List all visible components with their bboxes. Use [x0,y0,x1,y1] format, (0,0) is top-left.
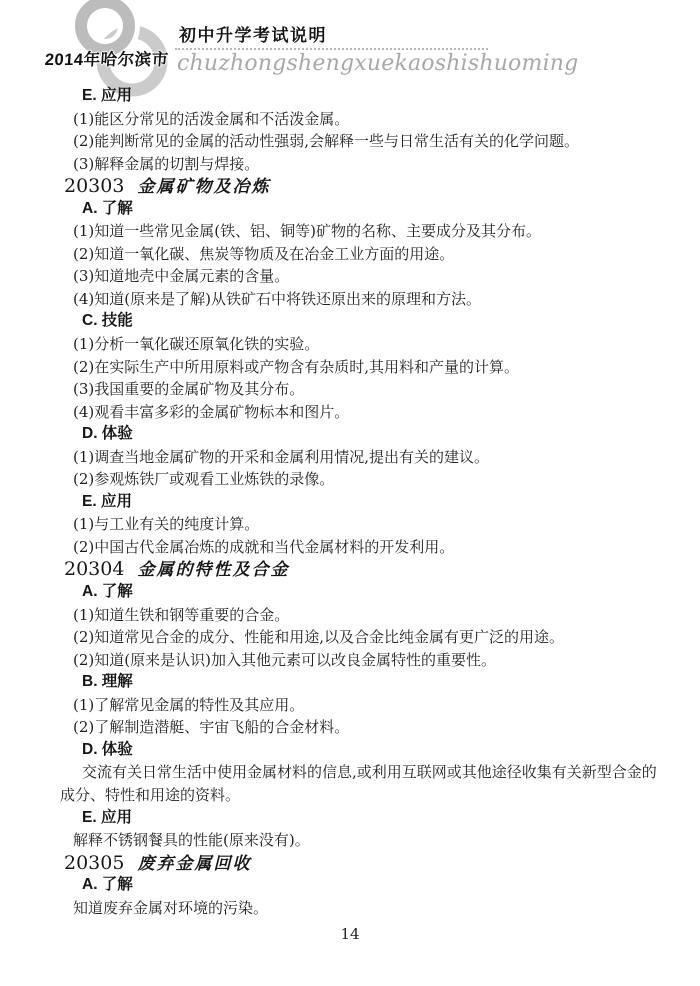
ability-level-heading: E. 应用 [60,491,664,514]
ability-level-heading: E. 应用 [60,807,664,830]
spec-item: (2)中国古代金属冶炼的成就和当代金属材料的开发利用。 [60,536,664,559]
ability-level-heading: C. 技能 [60,310,664,333]
document-page: 2014年哈尔滨市 初中升学考试说明 chuzhongshengxuekaosh… [0,0,700,986]
ability-level-heading: A. 了解 [60,198,664,221]
topic-number: 20304 [64,558,124,580]
spec-item: (1)了解常见金属的特性及其应用。 [60,694,664,717]
topic-title: 废弃金属回收 [137,854,251,874]
spec-item: (2)能判断常见的金属的活动性强弱,会解释一些与日常生活有关的化学问题。 [60,130,664,153]
ability-level-heading: A. 了解 [60,581,664,604]
edition-label: 2014年哈尔滨市 [44,46,186,70]
spec-item: (1)知道生铁和钢等重要的合金。 [60,604,664,627]
spec-item: (4)观看丰富多彩的金属矿物标本和图片。 [60,401,664,424]
spec-item: (2)知道常见合金的成分、性能和用途,以及合金比纯金属有更广泛的用途。 [60,626,664,649]
spec-item: (2)在实际生产中所用原料或产物含有杂质时,其用料和产量的计算。 [60,356,664,379]
ability-level-heading: E. 应用 [60,85,664,108]
page-number: 14 [0,925,700,943]
ability-level-heading: D. 体验 [60,423,664,446]
spec-item: (1)调查当地金属矿物的开采和金属利用情况,提出有关的建议。 [60,446,664,469]
topic-number: 20303 [64,175,124,197]
spec-item: (2)参观炼铁厂或观看工业炼铁的录像。 [60,468,664,491]
spec-item: (3)解释金属的切割与焊接。 [60,153,664,176]
header-dotted-divider [175,48,488,50]
spec-item: (1)与工业有关的纯度计算。 [60,513,664,536]
spec-item: (2)了解制造潜艇、宇宙飞船的合金材料。 [60,716,664,739]
ability-level-heading: B. 理解 [60,671,664,694]
spec-item: (1)知道一些常见金属(铁、铝、铜等)矿物的名称、主要成分及其分布。 [60,220,664,243]
paragraph-line: 交流有关日常生活中使用金属材料的信息,或利用互联网或其他途径收集有关新型合金的 [60,761,664,784]
spec-content: E. 应用 (1)能区分常见的活泼金属和不活泼金属。 (2)能判断常见的金属的活… [60,85,664,919]
spec-item: (3)我国重要的金属矿物及其分布。 [60,378,664,401]
ability-level-heading: D. 体验 [60,739,664,762]
spec-item: (3)知道地壳中金属元素的含量。 [60,265,664,288]
topic-heading: 20305废弃金属回收 [60,852,664,875]
paragraph-line: 成分、特性和用途的资料。 [60,784,664,807]
spec-item: (1)能区分常见的活泼金属和不活泼金属。 [60,108,664,131]
spec-item: 知道废弃金属对环境的污染。 [60,897,664,920]
topic-heading: 20303金属矿物及冶炼 [60,175,664,198]
spec-item: (2)知道一氧化碳、焦炭等物质及在冶金工业方面的用途。 [60,243,664,266]
spec-item: (1)分析一氧化碳还原氧化铁的实验。 [60,333,664,356]
spec-item: (4)知道(原来是了解)从铁矿石中将铁还原出来的原理和方法。 [60,288,664,311]
document-title: 初中升学考试说明 [179,21,327,46]
spec-item: (2)知道(原来是认识)加入其他元素可以改良金属特性的重要性。 [60,649,664,672]
topic-title: 金属矿物及冶炼 [137,177,270,197]
spec-item: 解释不锈钢餐具的性能(原来没有)。 [60,829,664,852]
title-pinyin: chuzhongshengxuekaoshishuoming [177,51,578,76]
topic-title: 金属的特性及合金 [137,560,289,580]
topic-heading: 20304金属的特性及合金 [60,558,664,581]
ability-level-heading: A. 了解 [60,874,664,897]
topic-number: 20305 [64,852,124,874]
